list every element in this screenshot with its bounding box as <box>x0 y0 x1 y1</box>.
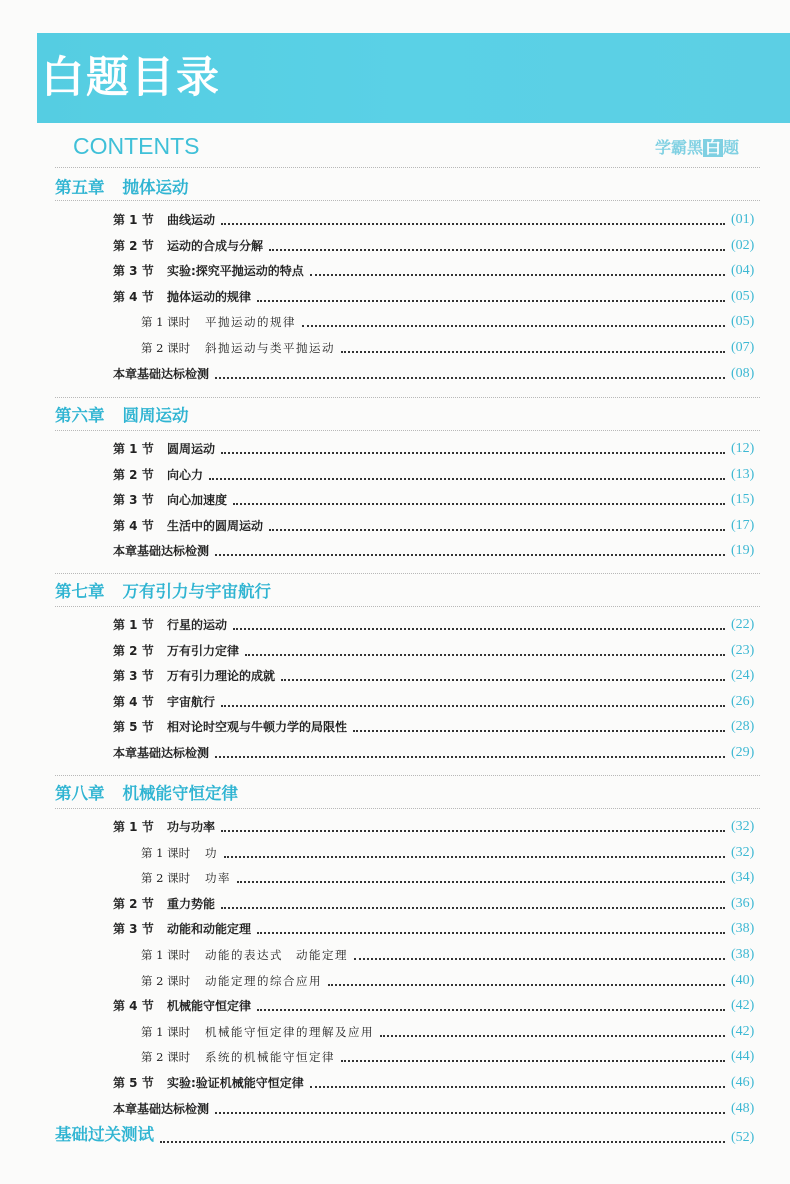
chapter-heading[interactable]: 第六章圆周运动 <box>55 402 189 426</box>
page-number: (34) <box>731 868 754 888</box>
chapter-title: 万有引力与宇宙航行 <box>123 582 272 601</box>
entry-title: 宇宙航行 <box>167 692 215 712</box>
page-number: (48) <box>731 1099 754 1119</box>
chapter-heading[interactable]: 第五章抛体运动 <box>55 174 189 198</box>
page-number: (46) <box>731 1073 754 1093</box>
entry-title: 功 <box>205 843 218 863</box>
toc-entry-section[interactable]: 第 2 节重力势能(36) <box>0 894 790 914</box>
divider <box>55 606 760 607</box>
toc-entry-section[interactable]: 第 4 节机械能守恒定律(42) <box>0 996 790 1016</box>
dot-leader <box>328 984 725 987</box>
entry-title: 斜抛运动与类平抛运动 <box>205 338 335 358</box>
dot-leader <box>215 1112 725 1115</box>
dot-leader <box>354 958 725 961</box>
page-number: (04) <box>731 261 754 281</box>
page-number: (40) <box>731 971 754 991</box>
entry-title: 抛体运动的规律 <box>167 287 251 307</box>
divider <box>55 573 760 574</box>
entry-label: 第 1 节 <box>113 439 154 459</box>
chapter-heading[interactable]: 第八章机械能守恒定律 <box>55 780 238 804</box>
entry-title: 平抛运动的规律 <box>205 312 296 332</box>
page-number: (32) <box>731 817 754 837</box>
page-number: (42) <box>731 1022 754 1042</box>
toc-entry-section[interactable]: 第 3 节万有引力理论的成就(24) <box>0 666 790 686</box>
dot-leader <box>341 1060 725 1063</box>
chapter-number: 第八章 <box>55 784 105 803</box>
page-number: (42) <box>731 996 754 1016</box>
chapter-heading[interactable]: 第七章万有引力与宇宙航行 <box>55 578 271 602</box>
toc-entry-section[interactable]: 第 4 节生活中的圆周运动(17) <box>0 516 790 536</box>
entry-label: 第 5 节 <box>113 1073 154 1093</box>
entry-label: 第 4 节 <box>113 516 154 536</box>
page-number: (44) <box>731 1047 754 1067</box>
entry-title: 系统的机械能守恒定律 <box>205 1047 335 1067</box>
entry-label: 第 3 节 <box>113 490 154 510</box>
dot-leader <box>221 907 725 910</box>
entry-label: 第 3 节 <box>113 919 154 939</box>
divider <box>55 200 760 201</box>
entry-label: 第 4 节 <box>113 287 154 307</box>
divider <box>55 808 760 809</box>
dot-leader <box>224 856 725 859</box>
divider <box>55 775 760 776</box>
entry-label: 第 1 节 <box>113 615 154 635</box>
toc-entry-section[interactable]: 第 1 节行星的运动(22) <box>0 615 790 635</box>
toc-entry-lesson[interactable]: 第 2 课时动能定理的综合应用(40) <box>0 971 790 991</box>
entry-title: 相对论时空观与牛顿力学的局限性 <box>167 717 347 737</box>
dot-leader <box>233 503 725 506</box>
toc-entry-section[interactable]: 第 1 节曲线运动(01) <box>0 210 790 230</box>
entry-title: 重力势能 <box>167 894 215 914</box>
dot-leader <box>380 1035 725 1038</box>
chapter-number: 第六章 <box>55 406 105 425</box>
dot-leader <box>233 628 725 631</box>
page-number: (01) <box>731 210 754 230</box>
page-number: (26) <box>731 692 754 712</box>
entry-title: 圆周运动 <box>167 439 215 459</box>
divider <box>55 167 760 168</box>
entry-title: 行星的运动 <box>167 615 227 635</box>
entry-label: 第 3 节 <box>113 261 154 281</box>
entry-label: 第 4 节 <box>113 692 154 712</box>
page-number: (13) <box>731 465 754 485</box>
page-number: (29) <box>731 743 754 763</box>
divider <box>55 430 760 431</box>
page-number: (36) <box>731 894 754 914</box>
page-number: (32) <box>731 843 754 863</box>
page-number: (15) <box>731 490 754 510</box>
dot-leader <box>215 554 725 557</box>
dot-leader <box>215 756 725 759</box>
entry-title: 本章基础达标检测 <box>113 364 209 384</box>
entry-label: 第 2 课时 <box>141 868 190 888</box>
entry-label: 第 2 节 <box>113 465 154 485</box>
brand-prefix: 学霸黑 <box>655 138 703 157</box>
entry-title: 曲线运动 <box>167 210 215 230</box>
divider <box>55 397 760 398</box>
entry-title: 本章基础达标检测 <box>113 541 209 561</box>
entry-title: 实验:探究平抛运动的特点 <box>167 261 304 281</box>
toc-entry-review[interactable]: 本章基础达标检测(48) <box>0 1099 790 1119</box>
entry-title: 向心力 <box>167 465 203 485</box>
page-number: (38) <box>731 919 754 939</box>
entry-label: 第 1 课时 <box>141 843 190 863</box>
page-number: (28) <box>731 717 754 737</box>
toc-entry-lesson[interactable]: 第 2 课时斜抛运动与类平抛运动(07) <box>0 338 790 358</box>
toc-entry-section[interactable]: 第 4 节抛体运动的规律(05) <box>0 287 790 307</box>
dot-leader <box>310 274 725 277</box>
dot-leader <box>341 351 725 354</box>
brand-suffix: 题 <box>723 138 739 157</box>
entry-title: 动能的表达式 动能定理 <box>205 945 348 965</box>
dot-leader <box>245 654 725 657</box>
entry-label: 第 2 节 <box>113 894 154 914</box>
page-number: (19) <box>731 541 754 561</box>
brand-boxed-char: 白 <box>703 139 723 157</box>
toc-entry-lesson[interactable]: 第 1 课时机械能守恒定律的理解及应用(42) <box>0 1022 790 1042</box>
toc-entry-lesson[interactable]: 第 1 课时平抛运动的规律(05) <box>0 312 790 332</box>
title-banner: 白题目录 <box>37 33 790 123</box>
page-number: (17) <box>731 516 754 536</box>
dot-leader <box>281 679 725 682</box>
final-test-title: 基础过关测试 <box>55 1125 154 1145</box>
page-number: (05) <box>731 312 754 332</box>
entry-title: 机械能守恒定律的理解及应用 <box>205 1022 374 1042</box>
entry-label: 第 1 节 <box>113 817 154 837</box>
dot-leader <box>269 529 725 532</box>
entry-label: 第 3 节 <box>113 666 154 686</box>
entry-label: 第 1 课时 <box>141 312 190 332</box>
entry-label: 第 2 课时 <box>141 338 190 358</box>
toc-entry-section[interactable]: 第 1 节圆周运动(12) <box>0 439 790 459</box>
page-number: (22) <box>731 615 754 635</box>
chapter-number: 第七章 <box>55 582 105 601</box>
toc-entry-review[interactable]: 本章基础达标检测(29) <box>0 743 790 763</box>
entry-title: 功与功率 <box>167 817 215 837</box>
page-title: 白题目录 <box>41 51 221 105</box>
entry-title: 本章基础达标检测 <box>113 1099 209 1119</box>
chapter-title: 抛体运动 <box>123 178 189 197</box>
entry-label: 第 4 节 <box>113 996 154 1016</box>
entry-title: 实验:验证机械能守恒定律 <box>167 1073 304 1093</box>
entry-title: 运动的合成与分解 <box>167 236 263 256</box>
entry-title: 生活中的圆周运动 <box>167 516 263 536</box>
toc-entry-section[interactable]: 第 3 节向心加速度(15) <box>0 490 790 510</box>
chapter-title: 圆周运动 <box>123 406 189 425</box>
page-number: (02) <box>731 236 754 256</box>
toc-entry-section[interactable]: 第 2 节向心力(13) <box>0 465 790 485</box>
dot-leader <box>257 932 725 935</box>
page-number: (52) <box>731 1128 754 1148</box>
page-number: (12) <box>731 439 754 459</box>
toc-entry-section[interactable]: 第 2 节运动的合成与分解(02) <box>0 236 790 256</box>
entry-label: 第 2 课时 <box>141 971 190 991</box>
entry-title: 向心加速度 <box>167 490 227 510</box>
entry-title: 机械能守恒定律 <box>167 996 251 1016</box>
page-number: (07) <box>731 338 754 358</box>
page-number: (23) <box>731 641 754 661</box>
entry-label: 第 2 课时 <box>141 1047 190 1067</box>
dot-leader <box>269 249 725 252</box>
toc-entry-review[interactable]: 本章基础达标检测(19) <box>0 541 790 561</box>
dot-leader <box>353 730 725 733</box>
entry-title: 动能定理的综合应用 <box>205 971 322 991</box>
dot-leader <box>221 705 725 708</box>
chapter-title: 机械能守恒定律 <box>123 784 239 803</box>
toc-entry-section[interactable]: 第 5 节相对论时空观与牛顿力学的局限性(28) <box>0 717 790 737</box>
dot-leader <box>237 881 725 884</box>
page-number: (05) <box>731 287 754 307</box>
toc-entry-lesson[interactable]: 第 2 课时功率(34) <box>0 868 790 888</box>
dot-leader <box>302 325 725 328</box>
entry-title: 万有引力理论的成就 <box>167 666 275 686</box>
entry-title: 万有引力定律 <box>167 641 239 661</box>
entry-label: 第 5 节 <box>113 717 154 737</box>
page-number: (24) <box>731 666 754 686</box>
entry-title: 功率 <box>205 868 231 888</box>
toc-entry-section[interactable]: 第 4 节宇宙航行(26) <box>0 692 790 712</box>
dot-leader <box>257 1009 725 1012</box>
page-number: (08) <box>731 364 754 384</box>
toc-entry-lesson[interactable]: 第 1 课时动能的表达式 动能定理(38) <box>0 945 790 965</box>
dot-leader <box>257 300 725 303</box>
entry-title: 动能和动能定理 <box>167 919 251 939</box>
page-number: (38) <box>731 945 754 965</box>
toc-entry-lesson[interactable]: 第 2 课时系统的机械能守恒定律(44) <box>0 1047 790 1067</box>
toc-entry-final-test[interactable]: 基础过关测试(52) <box>0 1128 790 1148</box>
toc-entry-review[interactable]: 本章基础达标检测(08) <box>0 364 790 384</box>
dot-leader <box>310 1086 725 1089</box>
entry-label: 第 1 节 <box>113 210 154 230</box>
entry-label: 第 2 节 <box>113 236 154 256</box>
brand-logo: 学霸黑白题 <box>655 135 739 158</box>
contents-label: CONTENTS <box>73 133 200 160</box>
dot-leader <box>160 1141 725 1144</box>
dot-leader <box>221 830 725 833</box>
dot-leader <box>215 377 725 380</box>
toc-entry-section[interactable]: 第 5 节实验:验证机械能守恒定律(46) <box>0 1073 790 1093</box>
toc-entry-section[interactable]: 第 3 节实验:探究平抛运动的特点(04) <box>0 261 790 281</box>
toc-entry-lesson[interactable]: 第 1 课时功(32) <box>0 843 790 863</box>
entry-label: 第 1 课时 <box>141 1022 190 1042</box>
entry-label: 第 1 课时 <box>141 945 190 965</box>
dot-leader <box>221 452 725 455</box>
toc-entry-section[interactable]: 第 2 节万有引力定律(23) <box>0 641 790 661</box>
toc-entry-section[interactable]: 第 1 节功与功率(32) <box>0 817 790 837</box>
dot-leader <box>209 478 725 481</box>
dot-leader <box>221 223 725 226</box>
toc-entry-section[interactable]: 第 3 节动能和动能定理(38) <box>0 919 790 939</box>
entry-title: 本章基础达标检测 <box>113 743 209 763</box>
chapter-number: 第五章 <box>55 178 105 197</box>
entry-label: 第 2 节 <box>113 641 154 661</box>
